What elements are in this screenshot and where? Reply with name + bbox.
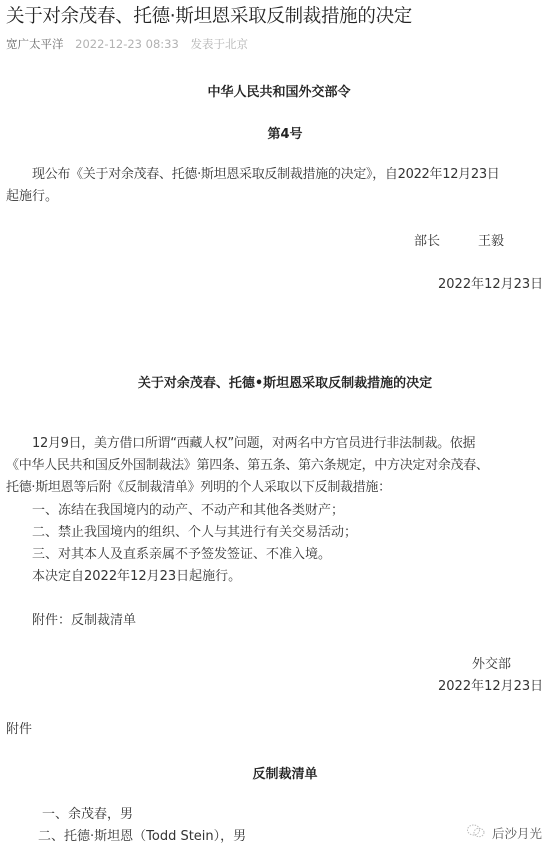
measure-item: 二、禁止我国境内的组织、个人与其进行有关交易活动；: [32, 522, 357, 543]
annex-entry: 一、余茂春，男: [42, 805, 133, 825]
order-date: 2022年12月23日: [438, 275, 543, 295]
measure-item: 一、冻结在我国境内的动产、不动产和其他各类财产；: [32, 500, 344, 521]
order-number: 第4号: [6, 125, 558, 145]
issuer: 外交部: [472, 655, 511, 675]
author-name[interactable]: 宽广太平洋: [6, 37, 64, 51]
source-watermark: 后沙月光: [466, 823, 542, 842]
annex-label: 附件: [6, 720, 32, 740]
order-heading: 中华人民共和国外交部令: [0, 83, 558, 103]
publish-location: 发表于北京: [190, 37, 248, 51]
order-body-line2: 起施行。: [6, 187, 58, 207]
annex-heading: 反制裁清单: [6, 765, 558, 785]
decision-line3: 托德·斯坦恩等后附《反制裁清单》列明的个人采取以下反制裁措施：: [6, 478, 391, 498]
decision-line2: 《中华人民共和国反外国制裁法》第四条、第五条、第六条规定，中方决定对余茂春、: [6, 456, 489, 476]
order-body-line1: 现公布《关于对余茂春、托德·斯坦恩采取反制裁措施的决定》，自2022年12月23…: [32, 165, 500, 185]
wechat-icon: [466, 823, 492, 842]
watermark-label: 后沙月光: [492, 824, 542, 842]
signer-name: 王毅: [478, 232, 504, 252]
decision-heading: 关于对余茂春、托德•斯坦恩采取反制裁措施的决定: [6, 374, 558, 394]
attachment-reference: 附件：反制裁清单: [32, 611, 136, 631]
signer-title: 部长: [414, 232, 440, 252]
annex-entry: 二、托德·斯坦恩（Todd Stein），男: [38, 827, 246, 847]
publish-time: 2022-12-23 08:33: [75, 37, 179, 51]
decision-date: 2022年12月23日: [438, 677, 543, 697]
decision-line1: 12月9日，美方借口所谓“西藏人权”问题，对两名中方官员进行非法制裁。依据: [32, 434, 475, 454]
article-title: 关于对余茂春、托德·斯坦恩采取反制裁措施的决定: [6, 4, 412, 30]
measure-item: 三、对其本人及直系亲属不予签发签证、不准入境。: [32, 544, 331, 565]
effective-date-text: 本决定自2022年12月23日起施行。: [32, 566, 241, 587]
article-meta: 宽广太平洋 2022-12-23 08:33 发表于北京: [6, 36, 248, 52]
